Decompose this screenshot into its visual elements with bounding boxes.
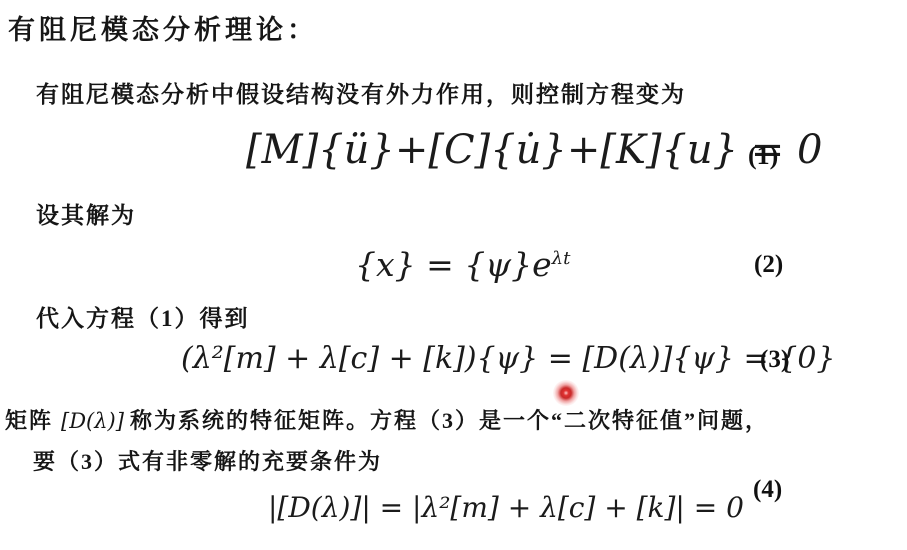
equation-4-label: (4): [753, 476, 782, 504]
paragraph-condition-line: 要（3）式有非零解的充要条件为: [33, 445, 382, 476]
matrix-line-prefix: 矩阵: [5, 408, 53, 433]
equation-3-label: (3): [760, 346, 789, 374]
equation-1: [M]{ü}+[C]{u̇}+[K]{u} = 0: [246, 127, 822, 173]
paragraph-solution-intro: 设其解为: [36, 197, 136, 230]
slide-page: 有阻尼模态分析理论： 有阻尼模态分析中假设结构没有外力作用，则控制方程变为 [M…: [0, 0, 907, 550]
equation-1-label: (1): [748, 141, 778, 171]
equation-2: {x} = {ψ}eλt: [355, 245, 570, 284]
paragraph-matrix-line: 矩阵[D(λ)]称为系统的特征矩阵。方程（3）是一个“二次特征值”问题，: [5, 404, 769, 435]
page-title: 有阻尼模态分析理论：: [8, 8, 318, 47]
equation-2-label: (2): [754, 251, 783, 279]
equation-2-exponent: λt: [552, 248, 571, 269]
matrix-line-suffix: 称为系统的特征矩阵。方程（3）是一个“二次特征值”问题，: [130, 408, 769, 433]
laser-pointer-dot: [553, 380, 579, 406]
equation-2-base: {x} = {ψ}e: [355, 245, 552, 284]
matrix-line-math: [D(λ)]: [61, 409, 124, 433]
equation-3: (λ²[m] + λ[c] + [k]){ψ} = [D(λ)]{ψ} = {0…: [181, 341, 836, 376]
equation-4: |[D(λ)]| = |λ²[m] + λ[c] + [k]| = 0: [268, 491, 744, 524]
paragraph-intro: 有阻尼模态分析中假设结构没有外力作用，则控制方程变为: [36, 76, 686, 109]
paragraph-substitution-intro: 代入方程（1）得到: [36, 300, 250, 333]
